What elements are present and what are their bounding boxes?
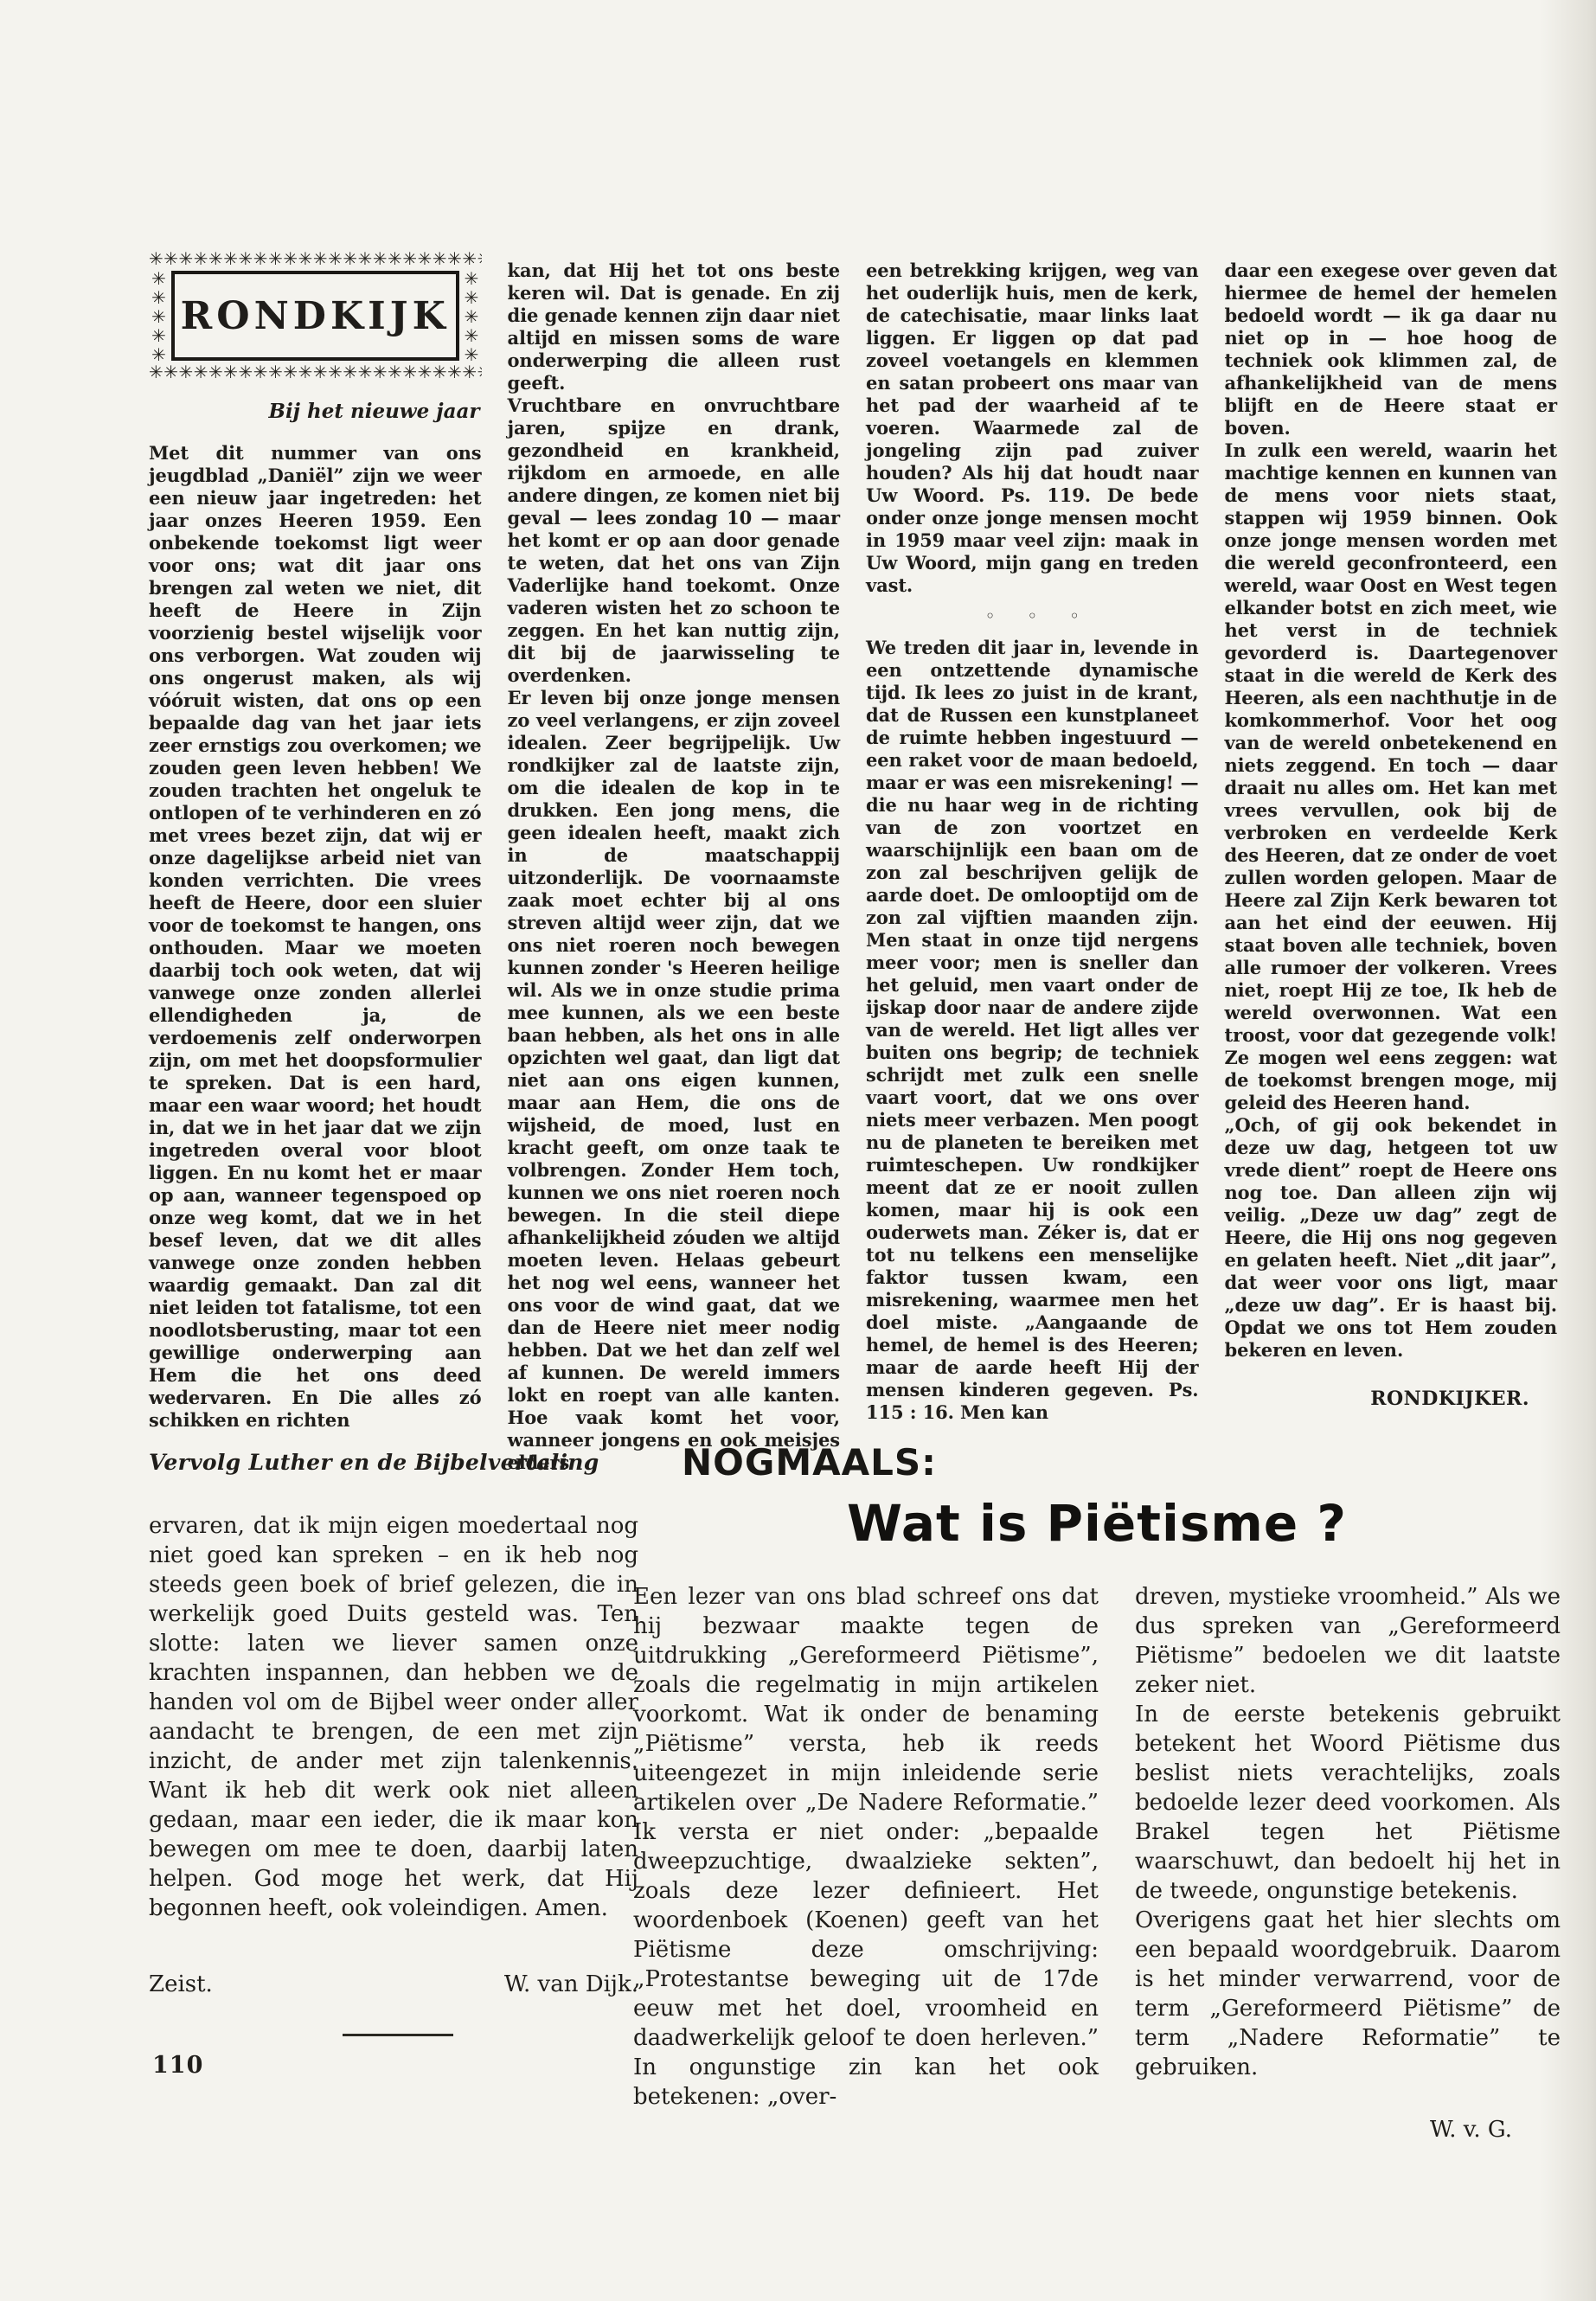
luther-signature-row: Zeist. W. van Dijk. — [149, 1971, 638, 1997]
ornament-border-left-icon: ✳✳✳✳✳✳ — [149, 269, 169, 362]
paragraph: kan, dat Hij het tot ons beste keren wil… — [508, 260, 841, 394]
paragraph: In de eerste betekenis gebruikt betekent… — [1135, 1700, 1561, 1906]
paragraph: dreven, mystieke vroomheid.” Als we dus … — [1135, 1582, 1561, 1700]
paragraph: daar een exegese over geven dat hiermee … — [1225, 260, 1558, 439]
rondkijk-column-4: daar een exegese over geven dat hiermee … — [1225, 249, 1558, 1474]
paragraph: Vruchtbare en onvruchtbare jaren, spijze… — [508, 394, 841, 687]
magazine-page: ✳✳✳✳✳✳✳✳✳✳✳✳✳✳✳✳✳✳✳✳✳✳✳✳ ✳✳✳✳✳✳ RONDKIJK… — [0, 0, 1596, 2301]
paragraph: ervaren, dat ik mijn eigen moedertaal no… — [149, 1511, 638, 1923]
luther-author: W. van Dijk. — [504, 1971, 638, 1997]
paragraph: een betrekking krijgen, weg van het oude… — [866, 260, 1199, 597]
luther-heading: Vervolg Luther en de Bijbelvertaling — [149, 1450, 638, 1475]
pietisme-column-2: dreven, mystieke vroomheid.” Als we dus … — [1135, 1582, 1561, 2143]
ornament-border-top-icon: ✳✳✳✳✳✳✳✳✳✳✳✳✳✳✳✳✳✳✳✳✳✳✳✳ — [149, 249, 482, 269]
paragraph: In zulk een wereld, waarin het machtige … — [1225, 439, 1558, 1114]
pietisme-column-1: Een lezer van ons blad schreef ons dat h… — [633, 1582, 1099, 2143]
section-separator-ornament-icon: ◦ ◦ ◦ — [866, 606, 1199, 626]
paragraph: Met dit nummer van ons jeugdblad „Daniël… — [149, 442, 482, 1432]
rondkijk-title: RONDKIJK — [171, 271, 459, 361]
luther-article: Vervolg Luther en de Bijbelvertaling erv… — [149, 1450, 638, 2036]
pietisme-article: NOGMAALS: Wat is Piëtisme ? Een lezer va… — [633, 1441, 1561, 2143]
divider-rule — [343, 2034, 453, 2036]
paragraph: Overigens gaat het hier slechts om een b… — [1135, 1906, 1561, 2082]
pietisme-title: Wat is Piëtisme ? — [633, 1494, 1561, 1553]
rondkijk-column-3: een betrekking krijgen, weg van het oude… — [866, 249, 1199, 1474]
column-3-text-part-1: een betrekking krijgen, weg van het oude… — [866, 260, 1199, 597]
page-number: 110 — [152, 2052, 203, 2079]
rondkijk-article: ✳✳✳✳✳✳✳✳✳✳✳✳✳✳✳✳✳✳✳✳✳✳✳✳ ✳✳✳✳✳✳ RONDKIJK… — [149, 249, 1557, 1474]
column-4-text: daar een exegese over geven dat hiermee … — [1225, 260, 1558, 1362]
column-3-text-part-2: We treden dit jaar in, levende in een on… — [866, 637, 1199, 1424]
rondkijk-title-box-middle: ✳✳✳✳✳✳ RONDKIJK ✳✳✳✳✳✳ — [149, 269, 482, 362]
paragraph: Er leven bij onze jonge mensen zo veel v… — [508, 687, 841, 1474]
pietisme-column-2-text: dreven, mystieke vroomheid.” Als we dus … — [1135, 1582, 1561, 2082]
article-subtitle: Bij het nieuwe jaar — [149, 400, 480, 423]
rondkijk-column-1: ✳✳✳✳✳✳✳✳✳✳✳✳✳✳✳✳✳✳✳✳✳✳✳✳ ✳✳✳✳✳✳ RONDKIJK… — [149, 249, 482, 1474]
column-1-text: Met dit nummer van ons jeugdblad „Daniël… — [149, 442, 482, 1432]
paragraph: „Och, of gij ook bekendet in deze uw dag… — [1225, 1114, 1558, 1362]
paragraph: We treden dit jaar in, levende in een on… — [866, 637, 1199, 1424]
pietisme-columns: Een lezer van ons blad schreef ons dat h… — [633, 1582, 1561, 2143]
luther-place: Zeist. — [149, 1971, 213, 1997]
rondkijk-title-box: ✳✳✳✳✳✳✳✳✳✳✳✳✳✳✳✳✳✳✳✳✳✳✳✳ ✳✳✳✳✳✳ RONDKIJK… — [149, 249, 482, 382]
ornament-border-bottom-icon: ✳✳✳✳✳✳✳✳✳✳✳✳✳✳✳✳✳✳✳✳✳✳✳✳ — [149, 362, 482, 382]
pietisme-signature: W. v. G. — [1135, 2117, 1561, 2143]
paragraph: Een lezer van ons blad schreef ons dat h… — [633, 1582, 1099, 2112]
luther-text: ervaren, dat ik mijn eigen moedertaal no… — [149, 1511, 638, 1923]
column-2-text: kan, dat Hij het tot ons beste keren wil… — [508, 260, 841, 1474]
rondkijk-column-2: kan, dat Hij het tot ons beste keren wil… — [508, 249, 841, 1474]
ornament-border-right-icon: ✳✳✳✳✳✳ — [462, 269, 482, 362]
pietisme-kicker: NOGMAALS: — [682, 1441, 1561, 1484]
rondkijk-signature: RONDKIJKER. — [1225, 1388, 1558, 1410]
